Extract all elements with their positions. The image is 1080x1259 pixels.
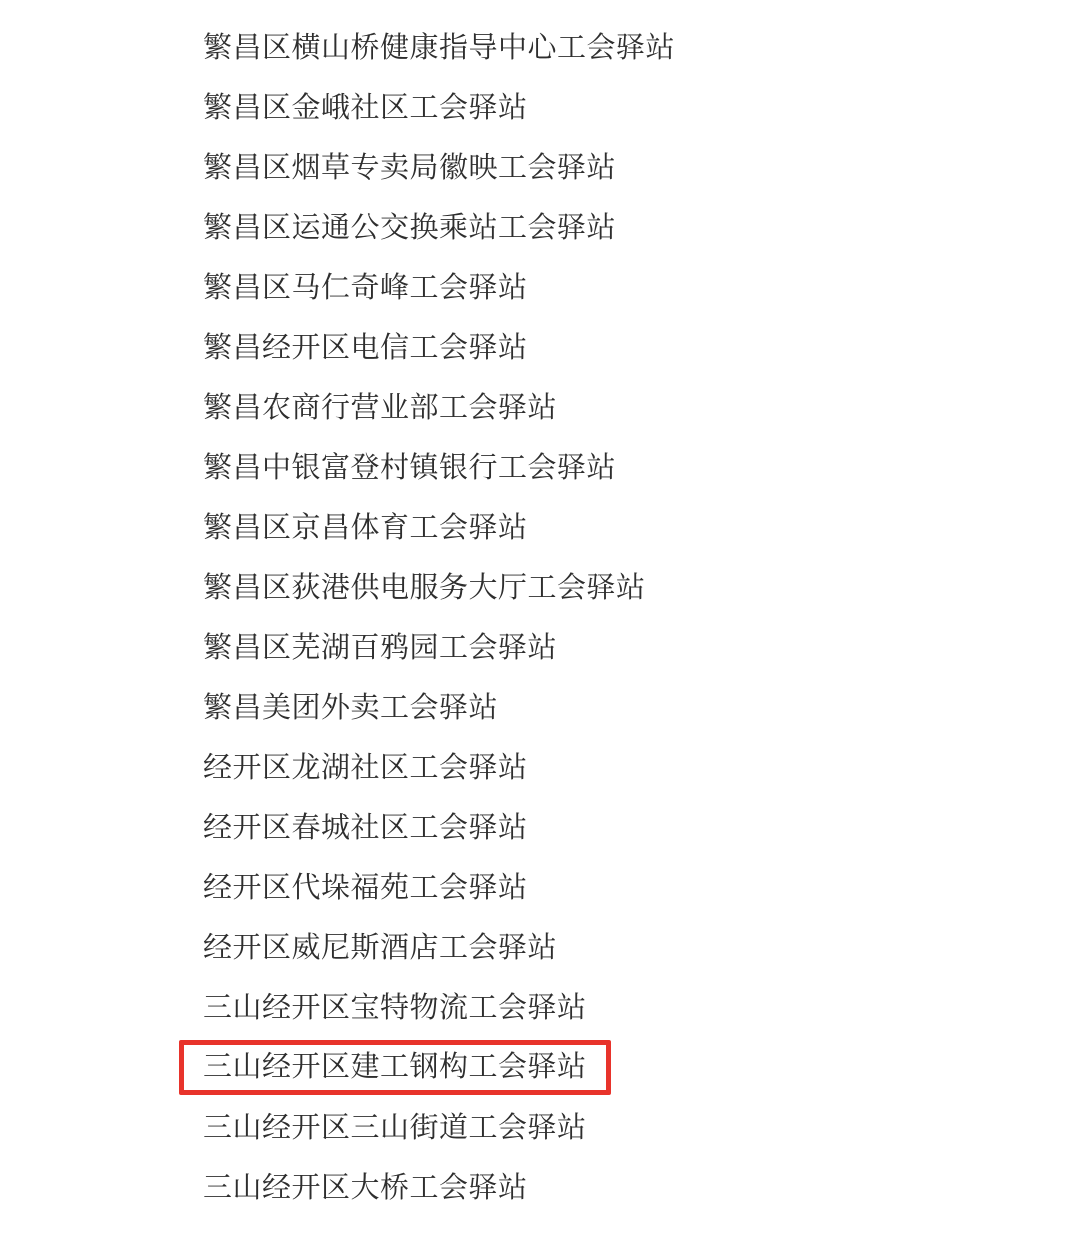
list-item: 繁昌美团外卖工会驿站 (203, 677, 1080, 737)
list-item-text: 经开区代垛福苑工会驿站 (203, 873, 528, 902)
list-item: 繁昌农商行营业部工会驿站 (203, 377, 1080, 437)
list-item-text: 繁昌区荻港供电服务大厅工会驿站 (203, 573, 646, 602)
list-item-highlighted: 三山经开区建工钢构工会驿站 (203, 1037, 1080, 1097)
list-item-text: 经开区春城社区工会驿站 (203, 813, 528, 842)
list-item-text: 繁昌经开区电信工会驿站 (203, 333, 528, 362)
list-item-text: 三山经开区建工钢构工会驿站 (203, 1049, 587, 1083)
list-item: 繁昌区马仁奇峰工会驿站 (203, 257, 1080, 317)
list-item-text: 繁昌美团外卖工会驿站 (203, 693, 498, 722)
list-item: 经开区龙湖社区工会驿站 (203, 737, 1080, 797)
list-item-text: 繁昌区金峨社区工会驿站 (203, 93, 528, 122)
list-item: 三山经开区大桥工会驿站 (203, 1157, 1080, 1217)
list-item: 繁昌区运通公交换乘站工会驿站 (203, 197, 1080, 257)
list-item-text: 繁昌区芜湖百鸦园工会驿站 (203, 633, 557, 662)
list-item: 三山经开区宝特物流工会驿站 (203, 977, 1080, 1037)
list-item: 繁昌区烟草专卖局徽映工会驿站 (203, 137, 1080, 197)
list-item: 繁昌经开区电信工会驿站 (203, 317, 1080, 377)
document-page: 繁昌区横山桥健康指导中心工会驿站 繁昌区金峨社区工会驿站 繁昌区烟草专卖局徽映工… (0, 0, 1080, 1259)
list-item-text: 繁昌区横山桥健康指导中心工会驿站 (203, 33, 675, 62)
list-item: 繁昌区荻港供电服务大厅工会驿站 (203, 557, 1080, 617)
list-item: 繁昌中银富登村镇银行工会驿站 (203, 437, 1080, 497)
list-item-text: 繁昌中银富登村镇银行工会驿站 (203, 453, 616, 482)
list-item-text: 繁昌区烟草专卖局徽映工会驿站 (203, 153, 616, 182)
list-item: 繁昌区横山桥健康指导中心工会驿站 (203, 17, 1080, 77)
list-item-text: 经开区龙湖社区工会驿站 (203, 753, 528, 782)
list-item: 经开区代垛福苑工会驿站 (203, 857, 1080, 917)
list-item-text: 三山经开区三山街道工会驿站 (203, 1113, 587, 1142)
list-item: 繁昌区京昌体育工会驿站 (203, 497, 1080, 557)
red-highlight-box: 三山经开区建工钢构工会驿站 (179, 1040, 611, 1095)
list-item-text: 繁昌区京昌体育工会驿站 (203, 513, 528, 542)
list-item-text: 繁昌区运通公交换乘站工会驿站 (203, 213, 616, 242)
list-item-text: 繁昌区马仁奇峰工会驿站 (203, 273, 528, 302)
list-item-text: 繁昌农商行营业部工会驿站 (203, 393, 557, 422)
list-item: 繁昌区芜湖百鸦园工会驿站 (203, 617, 1080, 677)
list-item-text: 经开区威尼斯酒店工会驿站 (203, 933, 557, 962)
list-item-text: 三山经开区大桥工会驿站 (203, 1173, 528, 1202)
list-item-text: 三山经开区宝特物流工会驿站 (203, 993, 587, 1022)
list-item: 繁昌区金峨社区工会驿站 (203, 77, 1080, 137)
list-item: 经开区威尼斯酒店工会驿站 (203, 917, 1080, 977)
list-item: 三山经开区三山街道工会驿站 (203, 1097, 1080, 1157)
list-item: 经开区春城社区工会驿站 (203, 797, 1080, 857)
